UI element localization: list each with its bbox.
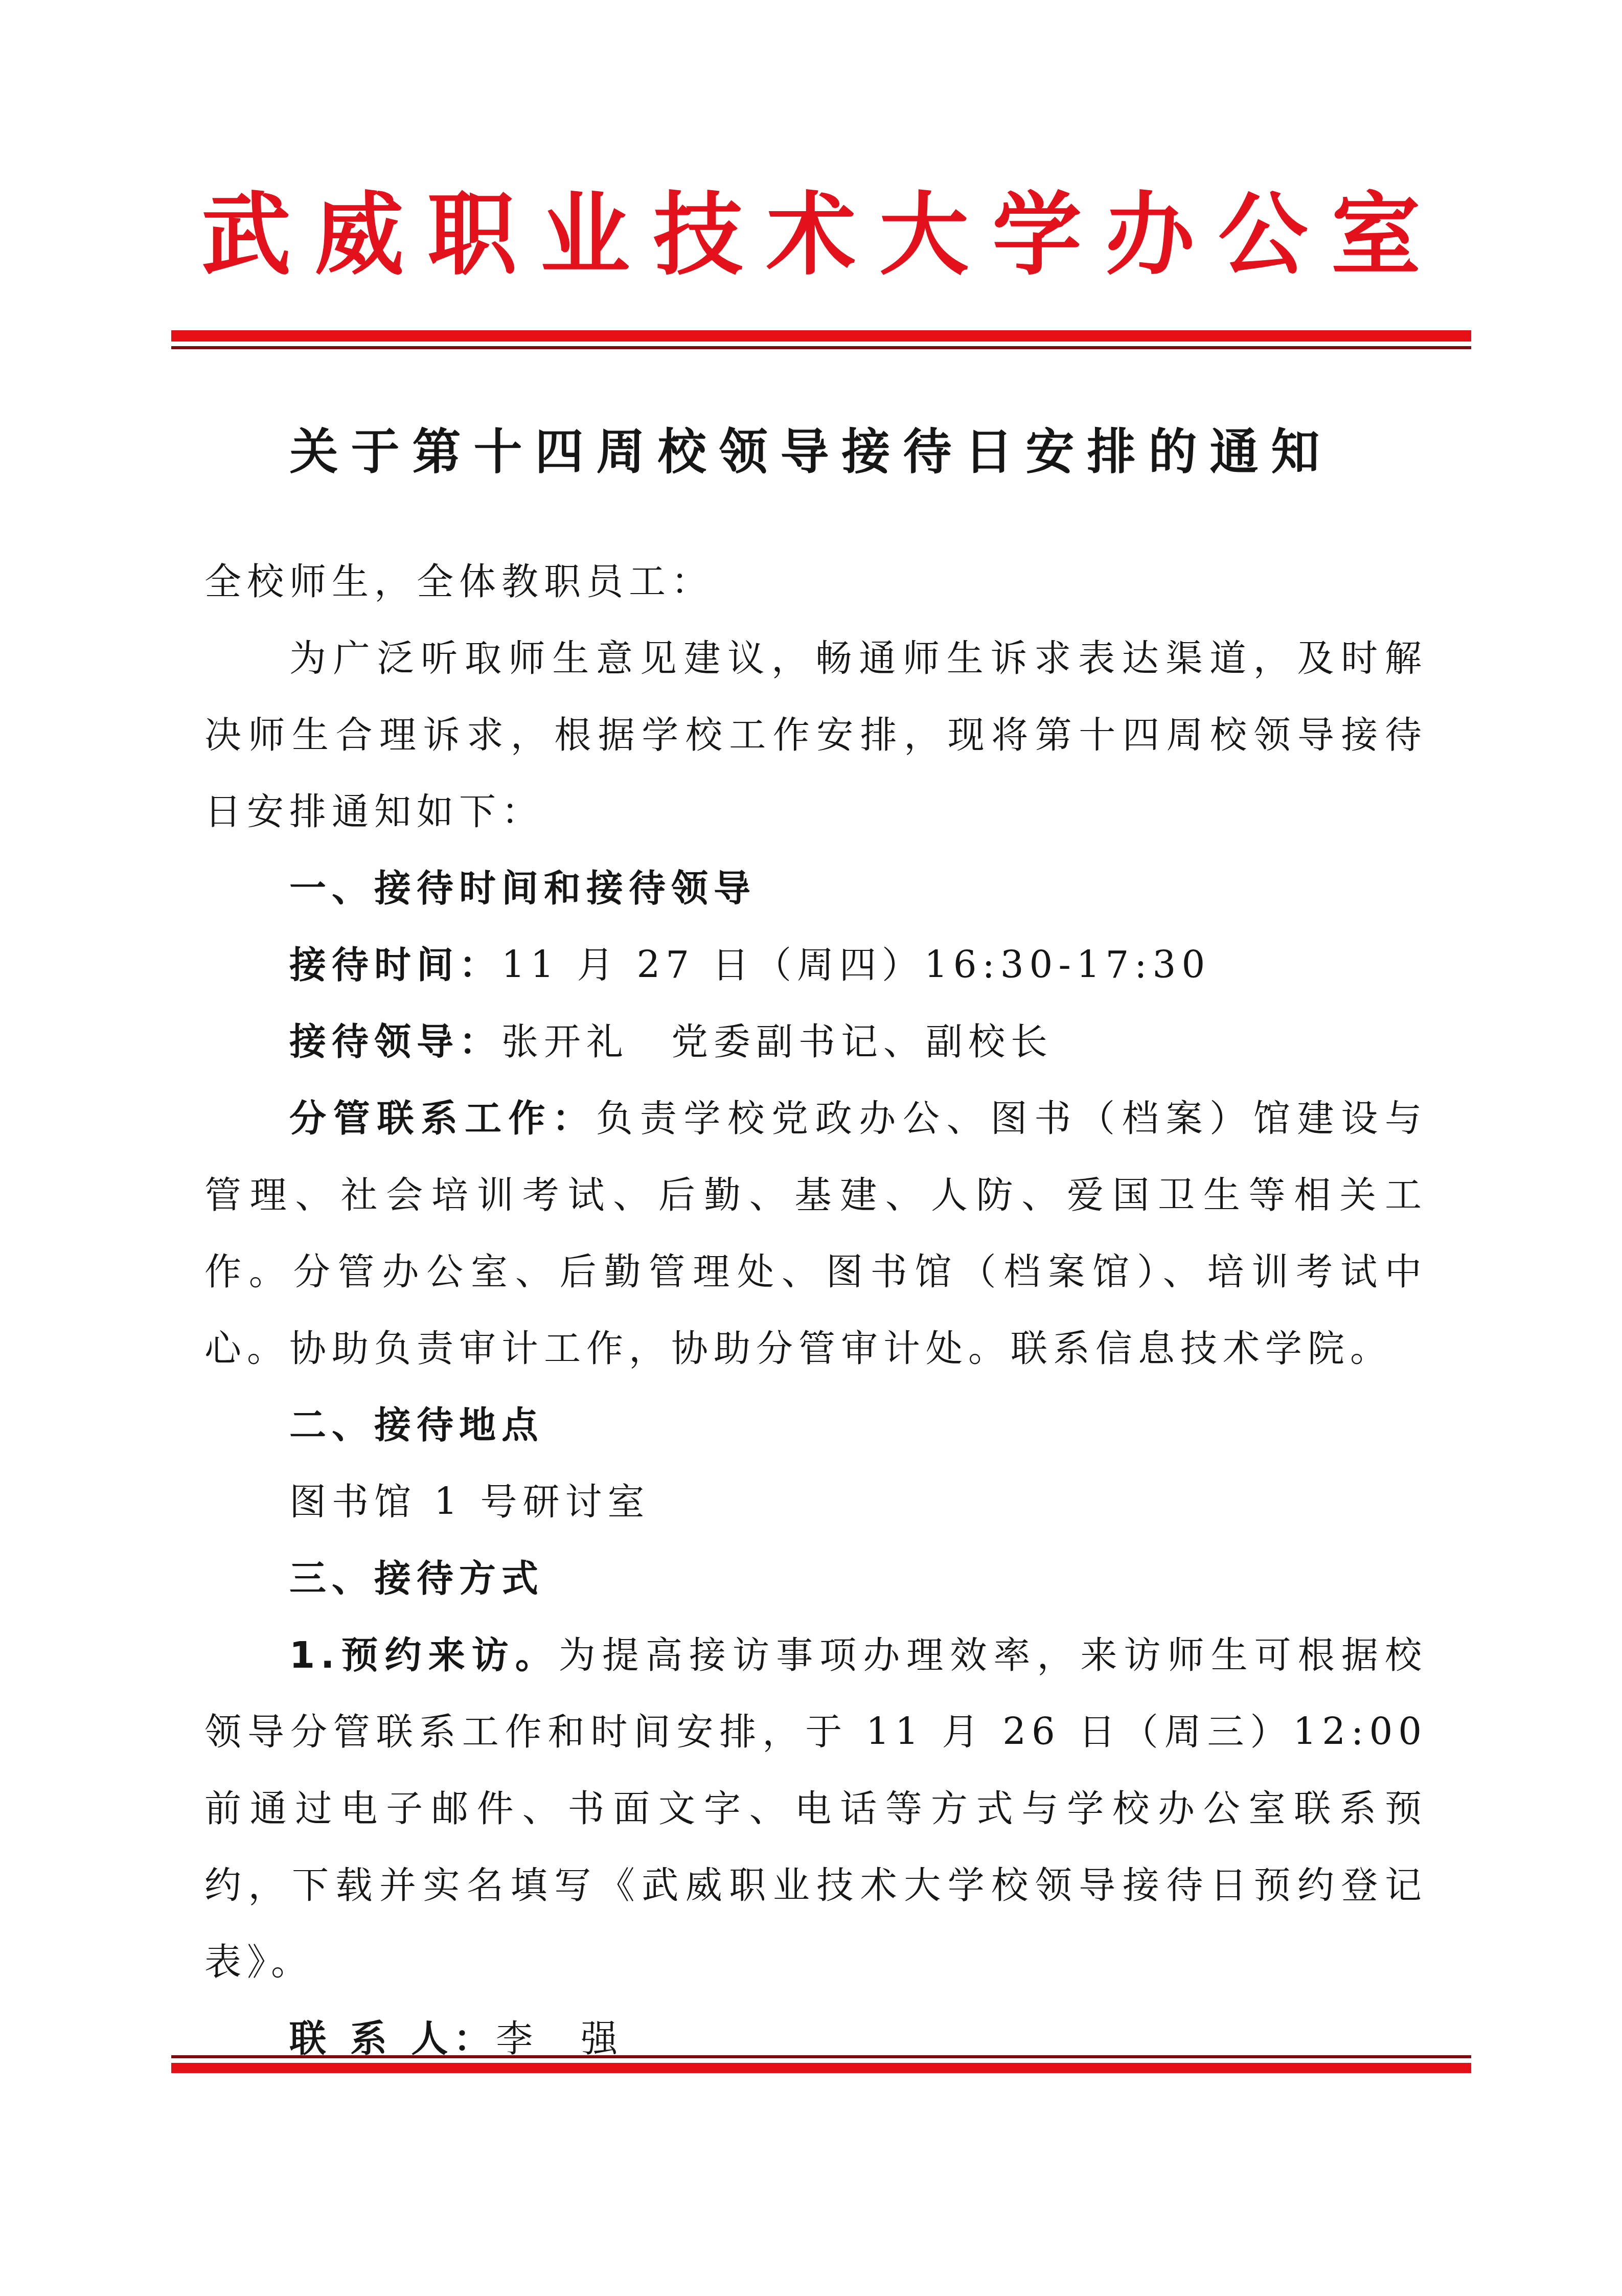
- notice-page: 武威职业技术大学办公室 关于第十四周校领导接待日安排的通知 全校师生，全体教职员…: [0, 0, 1622, 2296]
- salutation-text: 全校师生，全体教职员工：: [204, 560, 714, 603]
- letterhead-rule-thick-line: [171, 330, 1471, 342]
- footer-rule: [171, 2055, 1471, 2073]
- paragraph-intro: 为广泛听取师生意见建议，畅通师生诉求表达渠道，及时解决师生合理诉求，根据学校工作…: [204, 620, 1427, 850]
- contact-label: 联 系 人：: [289, 2017, 496, 2060]
- appointment-label: 1.预约来访。: [289, 1633, 559, 1676]
- letterhead-rule: [171, 330, 1471, 349]
- paragraph-appointment: 1.预约来访。为提高接访事项办理效率，来访师生可根据校领导分管联系工作和时间安排…: [204, 1617, 1427, 2000]
- section-3-heading-text: 三、接待方式: [289, 1557, 544, 1600]
- section-3-heading: 三、接待方式: [204, 1540, 1427, 1617]
- reception-leader-label: 接待领导：: [289, 1020, 501, 1063]
- duties-label: 分管联系工作：: [289, 1097, 596, 1140]
- section-2-heading: 二、接待地点: [204, 1386, 1427, 1463]
- paragraph-duties: 分管联系工作：负责学校党政办公、图书（档案）馆建设与管理、社会培训考试、后勤、基…: [204, 1080, 1427, 1386]
- location-text: 图书馆 1 号研讨室: [289, 1480, 650, 1523]
- paragraph-location: 图书馆 1 号研讨室: [204, 1463, 1427, 1540]
- document-title: 关于第十四周校领导接待日安排的通知: [0, 414, 1622, 491]
- intro-text: 为广泛听取师生意见建议，畅通师生诉求表达渠道，及时解决师生合理诉求，根据学校工作…: [204, 636, 1427, 833]
- paragraph-salutation: 全校师生，全体教职员工：: [204, 543, 1427, 620]
- letterhead-rule-thin-line: [171, 346, 1471, 349]
- footer-rule-thick-line: [171, 2063, 1471, 2073]
- section-1-heading: 一、接待时间和接待领导: [204, 850, 1427, 926]
- reception-leader-value: 张开礼 党委副书记、副校长: [501, 1020, 1053, 1063]
- document-body: 全校师生，全体教职员工： 为广泛听取师生意见建议，畅通师生诉求表达渠道，及时解决…: [204, 543, 1427, 2077]
- section-2-heading-text: 二、接待地点: [289, 1403, 544, 1446]
- reception-time-label: 接待时间：: [289, 943, 501, 986]
- footer-rule-thin-line: [171, 2055, 1471, 2058]
- reception-time-value: 11 月 27 日（周四）16:30-17:30: [501, 943, 1210, 986]
- paragraph-reception-time: 接待时间：11 月 27 日（周四）16:30-17:30: [204, 926, 1427, 1003]
- section-1-heading-text: 一、接待时间和接待领导: [289, 867, 756, 910]
- appointment-text: 为提高接访事项办理效率，来访师生可根据校领导分管联系工作和时间安排，于 11 月…: [204, 1633, 1427, 1983]
- paragraph-reception-leader: 接待领导：张开礼 党委副书记、副校长: [204, 1003, 1427, 1080]
- contact-name: 李 强: [496, 2017, 623, 2060]
- letterhead-office-name: 武威职业技术大学办公室: [0, 180, 1622, 290]
